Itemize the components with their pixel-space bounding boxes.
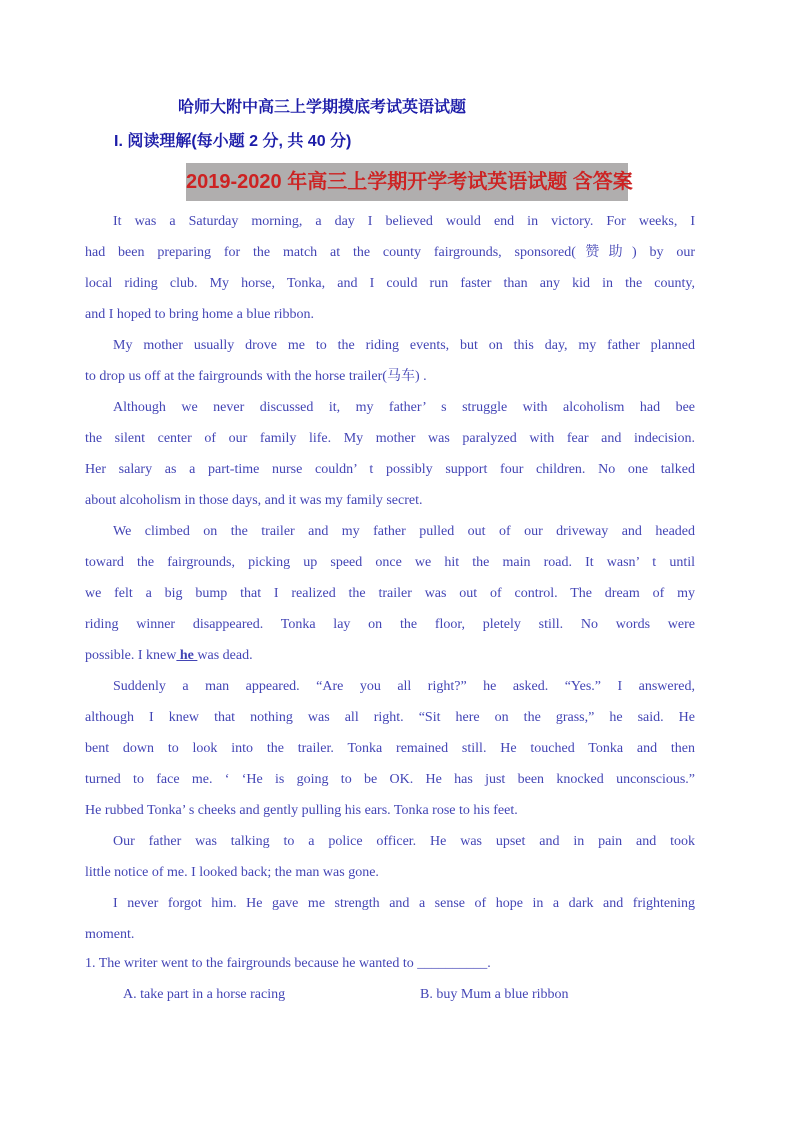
text-run: was dead. [197, 648, 252, 663]
paragraph: My mother usually drove me to the riding… [85, 330, 695, 392]
paragraph-line: toward the fairgrounds, picking up speed… [85, 547, 695, 578]
paragraph-line: possible. I knew he was dead. [85, 640, 695, 671]
paragraph-line: about alcoholism in those days, and it w… [85, 485, 695, 516]
question-block: 1. The writer went to the fairgrounds be… [85, 948, 695, 1010]
paragraph: We climbed on the trailer and my father … [85, 516, 695, 671]
paragraph-line: He rubbed Tonka’ s cheeks and gently pul… [85, 795, 695, 826]
paragraph-line: bent down to look into the trailer. Tonk… [85, 733, 695, 764]
document-page: 哈师大附中高三上学期摸底考试英语试题 I. 阅读理解(每小题 2 分, 共 40… [0, 0, 793, 1122]
paragraph-line: we felt a big bump that I realized the t… [85, 578, 695, 609]
paragraph: Although we never discussed it, my fathe… [85, 392, 695, 516]
highlighted-subtitle: 2019-2020 年高三上学期开学考试英语试题 含答案 [186, 163, 628, 201]
paragraph-line: riding winner disappeared. Tonka lay on … [85, 609, 695, 640]
underlined-word: he [176, 648, 197, 663]
paragraph-line: moment. [85, 919, 695, 950]
paragraph: It was a Saturday morning, a day I belie… [85, 206, 695, 330]
paragraph-line: had been preparing for the match at the … [85, 237, 695, 268]
paragraph: Our father was talking to a police offic… [85, 826, 695, 888]
text-run: possible. I knew [85, 648, 176, 663]
paragraph-line: Our father was talking to a police offic… [85, 826, 695, 857]
paragraph: I never forgot him. He gave me strength … [85, 888, 695, 950]
question-text: 1. The writer went to the fairgrounds be… [85, 948, 695, 979]
paragraph-line: We climbed on the trailer and my father … [85, 516, 695, 547]
paragraph: Suddenly a man appeared. “Are you all ri… [85, 671, 695, 826]
paragraph-line: I never forgot him. He gave me strength … [85, 888, 695, 919]
paragraph-line: Although we never discussed it, my fathe… [85, 392, 695, 423]
paragraph-line: Suddenly a man appeared. “Are you all ri… [85, 671, 695, 702]
paragraph-line: local riding club. My horse, Tonka, and … [85, 268, 695, 299]
paragraph-line: and I hoped to bring home a blue ribbon. [85, 299, 695, 330]
section-heading: I. 阅读理解(每小题 2 分, 共 40 分) [114, 131, 351, 153]
document-title: 哈师大附中高三上学期摸底考试英语试题 [178, 97, 466, 119]
article-body: It was a Saturday morning, a day I belie… [85, 206, 695, 950]
paragraph-line: the silent center of our family life. My… [85, 423, 695, 454]
paragraph-line: to drop us off at the fairgrounds with t… [85, 361, 695, 392]
paragraph-line: It was a Saturday morning, a day I belie… [85, 206, 695, 237]
paragraph-line: turned to face me. ‘ ‘He is going to be … [85, 764, 695, 795]
paragraph-line: My mother usually drove me to the riding… [85, 330, 695, 361]
option-a: A. take part in a horse racing [123, 979, 285, 1010]
option-b: B. buy Mum a blue ribbon [420, 979, 569, 1010]
paragraph-line: little notice of me. I looked back; the … [85, 857, 695, 888]
paragraph-line: Her salary as a part-time nurse couldn’ … [85, 454, 695, 485]
paragraph-line: although I knew that nothing was all rig… [85, 702, 695, 733]
options-row: A. take part in a horse racing B. buy Mu… [85, 979, 695, 1010]
